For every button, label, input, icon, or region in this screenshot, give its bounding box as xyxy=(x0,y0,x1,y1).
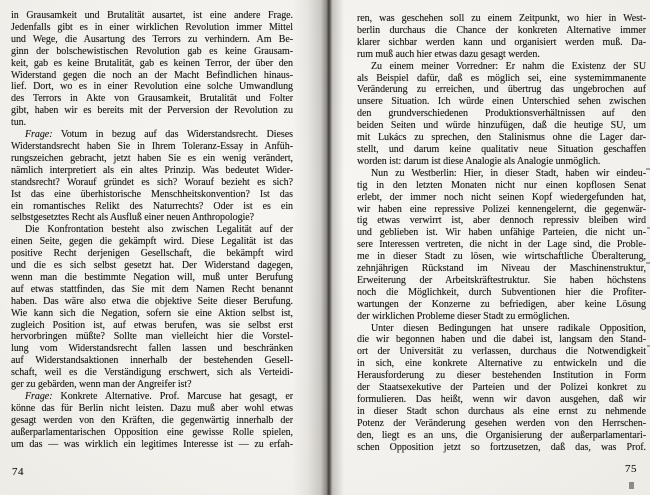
text-line: ren, was geschehen soll zu einem Zeitpun… xyxy=(357,13,646,25)
text-line: des Terrors in Akte von Grausamkeit, Bru… xyxy=(11,93,293,105)
text-line: wenn man die bestimmte Negation will, mu… xyxy=(11,272,293,284)
text-line: erlebt, der immer noch nicht seinen Kopf… xyxy=(357,192,646,204)
text-line: der Staatsexekutive der Parteien und der… xyxy=(357,382,646,394)
text-line: in Grausamkeit und Brutalität ausartet, … xyxy=(11,10,293,22)
page-number-left: 74 xyxy=(12,466,24,478)
text-line: klarer sichbar werden kann und organisie… xyxy=(357,37,646,49)
text-line: den, liegt es an uns, die Organisierung … xyxy=(357,430,646,442)
text-line: auf Widerstandsaktionen innerhalb der be… xyxy=(11,355,293,367)
text-line: mit Lukács zu sprechen, den Stalinismus … xyxy=(357,132,646,144)
text-line: ginn der bolschewistischen Revolution ga… xyxy=(11,46,293,58)
text-line: könne das für Berlin nicht leisten. Dazu… xyxy=(11,403,293,415)
text-line: außerparlamentarischen Opposition eine g… xyxy=(11,427,293,439)
text-line: zugleich Position ist, auf etwas berufen… xyxy=(11,320,293,332)
text-line: Wie kann sich die Negation, sofern sie e… xyxy=(11,308,293,320)
text-line: Erweiterung der Arbeitskräftestruktur. S… xyxy=(357,275,646,287)
text-line: auf etwas stattfinden, das Sie mit dem N… xyxy=(11,284,293,296)
text-line: tun. xyxy=(11,117,293,129)
text-line: und die es sich selbst gesetzt hat. Der … xyxy=(11,260,293,272)
text-line: positive Recht derjenigen Gesellschaft, … xyxy=(11,248,293,260)
text-line: ort der Universität zu verlassen, durcha… xyxy=(357,346,646,358)
text-line: keit, gab es keine Brutalität, gab es ke… xyxy=(11,58,293,70)
text-line: nämlich interpretiert als ein altes Prin… xyxy=(11,165,293,177)
text-line: wir haben eine repressive Polizei kennen… xyxy=(357,204,646,216)
text-line: me in dieser Stadt zu lösen, wie wirtsch… xyxy=(357,251,646,263)
text-line: tig in den letzten Monaten nicht nur ein… xyxy=(357,180,646,192)
text-line: noch die Möglichkeit, durch Subventionen… xyxy=(357,287,646,299)
text-line: zehnjährigen Rückstand im Niveau der Mas… xyxy=(357,263,646,275)
scan-artifact-mark xyxy=(646,168,650,170)
page-left: in Grausamkeit und Brutalität ausartet, … xyxy=(0,0,300,495)
text-line: lief. Dort, wo es in einer Revolution ei… xyxy=(11,81,293,93)
text-line: rum muß auch hier etwas dazu gesagt werd… xyxy=(357,49,646,61)
text-line: gesagt werden von den Kräften, die gegen… xyxy=(11,415,293,427)
text-line: und geblieben ist. Wir haben unfähige Pa… xyxy=(357,227,646,239)
text-line: Veränderung zu erreichen, und übertrug d… xyxy=(357,84,646,96)
scan-artifact-mark xyxy=(646,262,650,264)
text-line: berlin durchaus die Chance der konkreten… xyxy=(357,25,646,37)
page-right: ren, was geschehen soll zu einem Zeitpun… xyxy=(345,0,650,495)
text-line: gibt, haben wir es bereits mit der Perve… xyxy=(11,105,293,117)
book-gutter-shadow xyxy=(292,0,344,495)
text-line: Nun zu Westberlin: Hier, in dieser Stadt… xyxy=(357,168,646,180)
text-line: schaft, weil es die Verständigung erschw… xyxy=(11,367,293,379)
text-line: tig etwas verwirrt ist, aber dennoch rep… xyxy=(357,215,646,227)
text-line: selbstgesetztes Recht als Ausfluß einer … xyxy=(11,212,293,224)
text-line: in dieser Stadt schon durchaus als eine … xyxy=(357,406,646,418)
text-line: lung vom Widerstandsrecht fallen lassen … xyxy=(11,343,293,355)
text-line: Frage: Konkrete Alternative. Prof. Marcu… xyxy=(11,391,293,403)
scan-artifact-mark xyxy=(629,482,634,489)
paragraph: ren, was geschehen soll zu einem Zeitpun… xyxy=(357,13,646,61)
text-line: um das — was wirklich ein legitimes Inte… xyxy=(11,439,293,451)
text-line: stellt, und darum keine qualitativ neue … xyxy=(357,144,646,156)
text-line: Herausforderung zu dieser bestehenden In… xyxy=(357,370,646,382)
text-line: ger zu gebärden, wenn man der Angreifer … xyxy=(11,379,293,391)
text-line: Die Konfrontation besteht also zwischen … xyxy=(11,224,293,236)
question-lead-label: Frage: xyxy=(25,129,52,140)
text-line: unsere Situation. Ich würde einen Unters… xyxy=(357,96,646,108)
text-line: Frage: Votum in bezug auf das Widerstand… xyxy=(11,129,293,141)
book-spread: in Grausamkeit und Brutalität ausartet, … xyxy=(0,0,650,495)
text-line: Ist das eine überhistorische Menschheits… xyxy=(11,189,293,201)
text-line: schen Opposition jetzt so fortzusetzen, … xyxy=(357,442,646,454)
paragraph: Unter diesen Bedingungen hat unsere radi… xyxy=(357,323,646,454)
paragraph: Frage: Konkrete Alternative. Prof. Marcu… xyxy=(11,391,293,451)
text-line: den grundverschiedenen Produktionsverhäl… xyxy=(357,108,646,120)
text-line: formulieren. Das heißt, wenn wir davon a… xyxy=(357,394,646,406)
paragraph: Zu einem meiner Vorredner: Er nahm die E… xyxy=(357,61,646,168)
text-line: haben. Das wäre also etwa die objektive … xyxy=(11,296,293,308)
text-line: Zu einem meiner Vorredner: Er nahm die E… xyxy=(357,61,646,73)
text-line: in sich, eine konkrete Alternative zu en… xyxy=(357,358,646,370)
page-right-text: ren, was geschehen soll zu einem Zeitpun… xyxy=(357,13,646,454)
text-line: Widerstand gegen die noch an der Macht B… xyxy=(11,70,293,82)
text-line: worden ist: darum ist diese Analogie als… xyxy=(357,156,646,168)
text-line: der wirklichen Probleme dieser Stadt zu … xyxy=(357,311,646,323)
text-line: Unter diesen Bedingungen hat unsere radi… xyxy=(357,323,646,335)
text-line: beiden Seiten und würde hinzufügen, daß … xyxy=(357,120,646,132)
text-line: rungszeichen gebracht, jetzt haben Sie e… xyxy=(11,153,293,165)
text-line: Potenz der Veränderung gesehen werden vo… xyxy=(357,418,646,430)
text-line: einen Seite, gegen die gekämpft wird. Di… xyxy=(11,236,293,248)
paragraph: in Grausamkeit und Brutalität ausartet, … xyxy=(11,10,293,129)
text-line: und Wege, die Ausartung des Terrors zu v… xyxy=(11,34,293,46)
text-line: als Beispiel dafür, daß es möglich sei, … xyxy=(357,73,646,85)
text-line: hervorbringen müßte? Sollte man vielleic… xyxy=(11,331,293,343)
question-lead-label: Frage: xyxy=(25,391,52,402)
text-line: sere Interessen vertreten, die nicht in … xyxy=(357,239,646,251)
text-line: Jedenfalls gibt es in einer wirklichen R… xyxy=(11,22,293,34)
text-line: standsrecht? Worauf gründet es sich? Wor… xyxy=(11,177,293,189)
paragraph: Frage: Votum in bezug auf das Widerstand… xyxy=(11,129,293,224)
paragraph: Die Konfrontation besteht also zwischen … xyxy=(11,224,293,391)
text-line: Widerstandsrecht haben Sie in Ihrem Tole… xyxy=(11,141,293,153)
page-left-text: in Grausamkeit und Brutalität ausartet, … xyxy=(11,10,293,451)
paragraph: Nun zu Westberlin: Hier, in dieser Stadt… xyxy=(357,168,646,323)
text-line: wartungen der Konzerne zu befriedigen, a… xyxy=(357,299,646,311)
text-line: die wir begonnen haben und die dabei ist… xyxy=(357,334,646,346)
page-number-right: 75 xyxy=(625,463,637,475)
text-line: ein romantisches Relikt des Naturrechts?… xyxy=(11,201,293,213)
